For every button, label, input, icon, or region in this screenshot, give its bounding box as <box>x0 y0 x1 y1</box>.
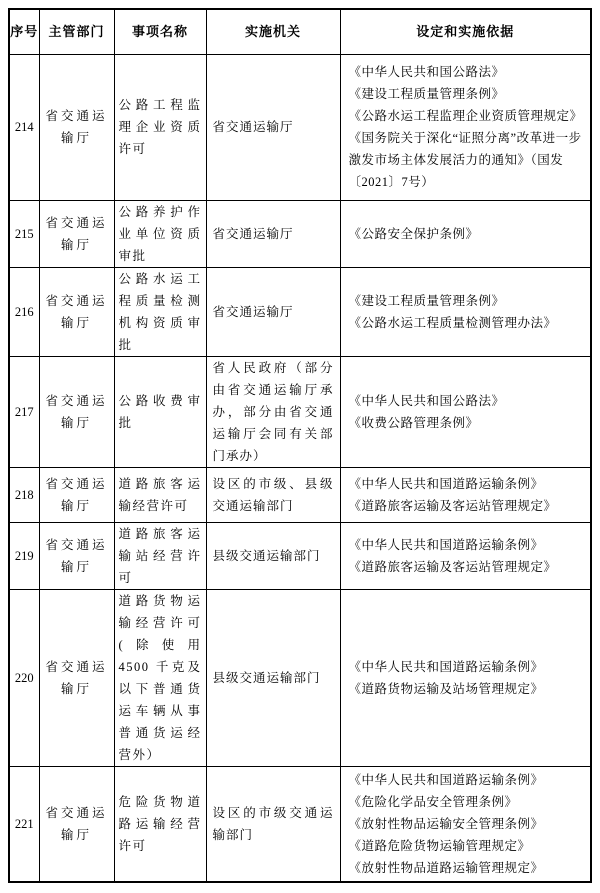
item-name-cell: 危险货物道路运输经营许可 <box>114 766 206 882</box>
legal-basis-entry: 《公路安全保护条例》 <box>349 223 587 245</box>
table-row: 217 省交通运输厅 公路收费审批 省人民政府（部分由省交通运输厅承办，部分由省… <box>9 356 591 467</box>
table-row: 219 省交通运输厅 道路旅客运输站经营许可 县级交通运输部门 《中华人民共和国… <box>9 522 591 589</box>
serial-number-cell: 215 <box>9 200 39 267</box>
legal-basis-entry: 《道路危险货物运输管理规定》 <box>349 835 587 857</box>
legal-basis-entry: 《收费公路管理条例》 <box>349 412 587 434</box>
table-row: 218 省交通运输厅 道路旅客运输经营许可 设区的市级、县级交通运输部门 《中华… <box>9 467 591 522</box>
serial-number-cell: 221 <box>9 766 39 882</box>
agency-cell: 省交通运输厅 <box>206 200 340 267</box>
legal-basis-entry: 《建设工程质量管理条例》 <box>349 83 587 105</box>
header-implementing-agency: 实施机关 <box>206 9 340 54</box>
table-row: 216 省交通运输厅 公路水运工程质量检测机构资质审批 省交通运输厅 《建设工程… <box>9 267 591 356</box>
department-cell: 省交通运输厅 <box>39 200 114 267</box>
legal-basis-entry: 《公路水运工程质量检测管理办法》 <box>349 312 587 334</box>
agency-cell: 省交通运输厅 <box>206 267 340 356</box>
item-name-cell: 道路旅客运输经营许可 <box>114 467 206 522</box>
legal-basis-entry: 《中华人民共和国道路运输条例》 <box>349 534 587 556</box>
table-row: 215 省交通运输厅 公路养护作业单位资质审批 省交通运输厅 《公路安全保护条例… <box>9 200 591 267</box>
table-header-row: 序号 主管部门 事项名称 实施机关 设定和实施依据 <box>9 9 591 54</box>
legal-basis-entry: 《道路旅客运输及客运站管理规定》 <box>349 495 587 517</box>
item-name-cell: 公路工程监理企业资质许可 <box>114 54 206 200</box>
legal-basis-entry: 《公路水运工程监理企业资质管理规定》 <box>349 105 587 127</box>
legal-basis-entry: 《中华人民共和国道路运输条例》 <box>349 473 587 495</box>
legal-basis-cell: 《中华人民共和国道路运输条例》 《道路货物运输及站场管理规定》 <box>340 589 591 766</box>
table-row: 214 省交通运输厅 公路工程监理企业资质许可 省交通运输厅 《中华人民共和国公… <box>9 54 591 200</box>
agency-cell: 县级交通运输部门 <box>206 589 340 766</box>
legal-basis-entry: 《中华人民共和国道路运输条例》 <box>349 769 587 791</box>
department-cell: 省交通运输厅 <box>39 267 114 356</box>
serial-number-cell: 219 <box>9 522 39 589</box>
item-name-cell: 公路水运工程质量检测机构资质审批 <box>114 267 206 356</box>
table-row: 220 省交通运输厅 道路货物运输经营许可(除使用 4500 千克及以下普通货运… <box>9 589 591 766</box>
legal-basis-entry: 《危险化学品安全管理条例》 <box>349 791 587 813</box>
legal-basis-cell: 《建设工程质量管理条例》 《公路水运工程质量检测管理办法》 <box>340 267 591 356</box>
item-name-cell: 道路货物运输经营许可(除使用 4500 千克及以下普通货运车辆从事普通货运经营外… <box>114 589 206 766</box>
table-row: 221 省交通运输厅 危险货物道路运输经营许可 设区的市级交通运输部门 《中华人… <box>9 766 591 882</box>
legal-basis-entry: 《道路货物运输及站场管理规定》 <box>349 678 587 700</box>
legal-basis-entry: 《中华人民共和国公路法》 <box>349 390 587 412</box>
department-cell: 省交通运输厅 <box>39 54 114 200</box>
department-cell: 省交通运输厅 <box>39 589 114 766</box>
header-department: 主管部门 <box>39 9 114 54</box>
serial-number-cell: 214 <box>9 54 39 200</box>
licensing-items-table: 序号 主管部门 事项名称 实施机关 设定和实施依据 214 省交通运输厅 公路工… <box>8 8 592 883</box>
agency-cell: 设区的市级、县级交通运输部门 <box>206 467 340 522</box>
department-cell: 省交通运输厅 <box>39 356 114 467</box>
serial-number-cell: 217 <box>9 356 39 467</box>
document-page: 序号 主管部门 事项名称 实施机关 设定和实施依据 214 省交通运输厅 公路工… <box>0 0 600 893</box>
serial-number-cell: 218 <box>9 467 39 522</box>
agency-cell: 省人民政府（部分由省交通运输厅承办，部分由省交通运输厅会同有关部门承办） <box>206 356 340 467</box>
item-name-cell: 公路收费审批 <box>114 356 206 467</box>
legal-basis-cell: 《中华人民共和国道路运输条例》 《危险化学品安全管理条例》 《放射性物品运输安全… <box>340 766 591 882</box>
department-cell: 省交通运输厅 <box>39 522 114 589</box>
legal-basis-entry: 《建设工程质量管理条例》 <box>349 290 587 312</box>
item-name-cell: 道路旅客运输站经营许可 <box>114 522 206 589</box>
legal-basis-cell: 《中华人民共和国道路运输条例》 《道路旅客运输及客运站管理规定》 <box>340 522 591 589</box>
agency-cell: 省交通运输厅 <box>206 54 340 200</box>
agency-cell: 县级交通运输部门 <box>206 522 340 589</box>
legal-basis-entry: 《放射性物品道路运输管理规定》 <box>349 857 587 879</box>
legal-basis-entry: 《国务院关于深化“证照分离”改革进一步激发市场主体发展活力的通知》（国发〔202… <box>349 127 587 193</box>
serial-number-cell: 220 <box>9 589 39 766</box>
header-serial-number: 序号 <box>9 9 39 54</box>
department-cell: 省交通运输厅 <box>39 766 114 882</box>
header-item-name: 事项名称 <box>114 9 206 54</box>
legal-basis-entry: 《道路旅客运输及客运站管理规定》 <box>349 556 587 578</box>
legal-basis-entry: 《中华人民共和国公路法》 <box>349 61 587 83</box>
legal-basis-entry: 《放射性物品运输安全管理条例》 <box>349 813 587 835</box>
item-name-cell: 公路养护作业单位资质审批 <box>114 200 206 267</box>
legal-basis-cell: 《中华人民共和国公路法》 《建设工程质量管理条例》 《公路水运工程监理企业资质管… <box>340 54 591 200</box>
legal-basis-cell: 《中华人民共和国道路运输条例》 《道路旅客运输及客运站管理规定》 <box>340 467 591 522</box>
legal-basis-cell: 《中华人民共和国公路法》 《收费公路管理条例》 <box>340 356 591 467</box>
serial-number-cell: 216 <box>9 267 39 356</box>
legal-basis-cell: 《公路安全保护条例》 <box>340 200 591 267</box>
legal-basis-entry: 《中华人民共和国道路运输条例》 <box>349 656 587 678</box>
department-cell: 省交通运输厅 <box>39 467 114 522</box>
header-legal-basis: 设定和实施依据 <box>340 9 591 54</box>
agency-cell: 设区的市级交通运输部门 <box>206 766 340 882</box>
